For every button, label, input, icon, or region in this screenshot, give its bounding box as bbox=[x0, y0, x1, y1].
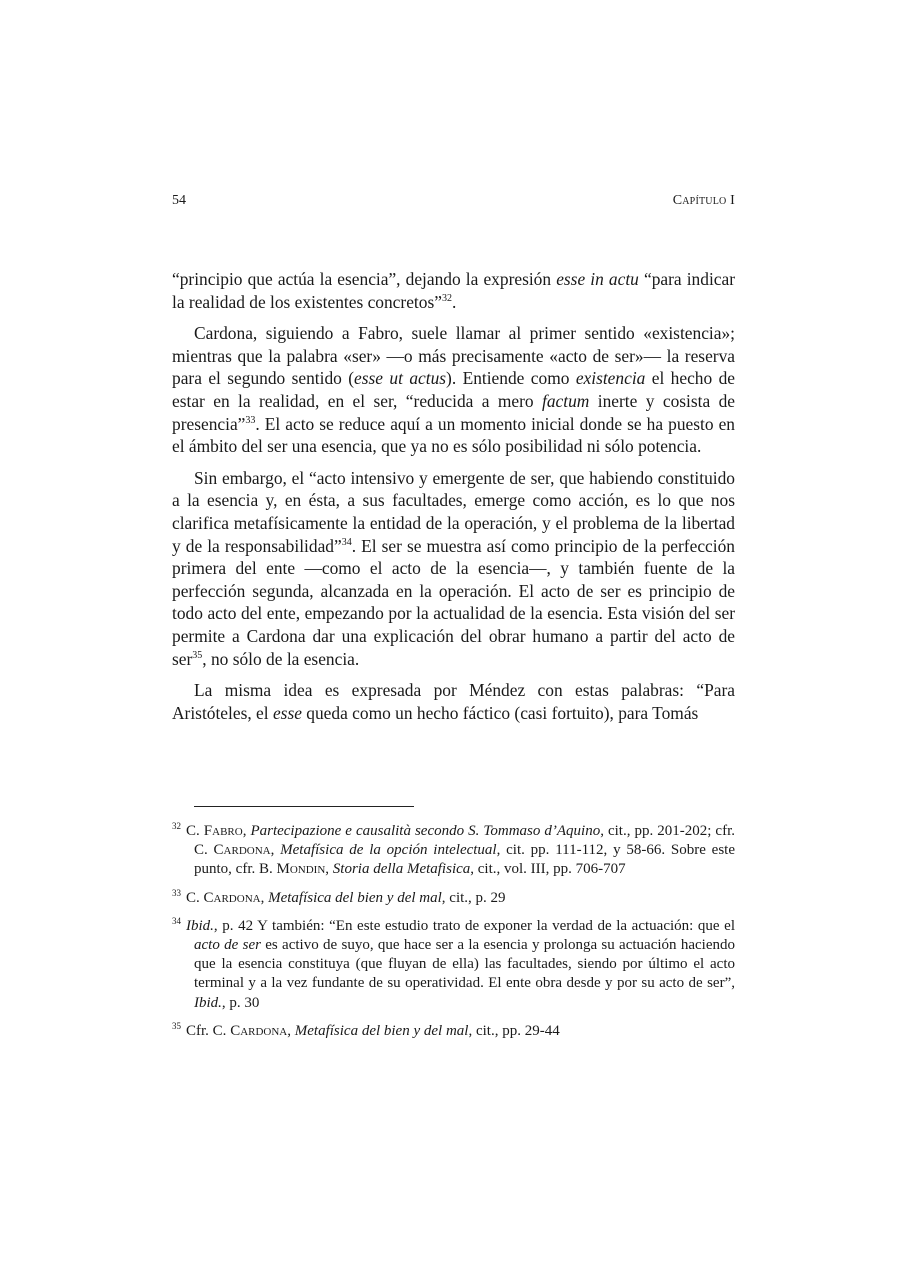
book-title: Storia della Metafisica bbox=[333, 861, 470, 877]
latin-term: esse ut actus bbox=[354, 368, 446, 388]
book-title: Metafísica de la opción intelectual bbox=[280, 842, 496, 858]
paragraph-4: La misma idea es expresada por Méndez co… bbox=[172, 679, 735, 724]
footnote-separator bbox=[194, 806, 414, 807]
ibid: Ibid. bbox=[186, 918, 214, 934]
running-head: 54 Capítulo I bbox=[172, 193, 735, 213]
paragraph-3: Sin embargo, el “acto intensivo y emerge… bbox=[172, 467, 735, 670]
latin-term: esse in actu bbox=[556, 269, 639, 289]
emphasis-term: existencia bbox=[576, 368, 646, 388]
author-name: Cardona bbox=[230, 1023, 287, 1039]
footnotes: 32C. Fabro, Partecipazione e causalità s… bbox=[172, 822, 735, 1050]
footnote-35: 35Cfr. C. Cardona, Metafísica del bien y… bbox=[172, 1022, 735, 1041]
author-name: Mondin bbox=[277, 861, 326, 877]
footnote-ref-35[interactable]: 35 bbox=[192, 650, 202, 661]
footnote-ref-33[interactable]: 33 bbox=[245, 415, 255, 426]
latin-term: factum bbox=[542, 391, 589, 411]
footnote-34: 34Ibid., p. 42 Y también: “En este estud… bbox=[172, 917, 735, 1013]
book-title: Metafísica del bien y del mal bbox=[295, 1023, 469, 1039]
paragraph-2: Cardona, siguiendo a Fabro, suele llamar… bbox=[172, 322, 735, 458]
body-text: “principio que actúa la esencia”, dejand… bbox=[172, 268, 735, 733]
author-name: Fabro bbox=[204, 823, 243, 839]
footnote-ref-34[interactable]: 34 bbox=[342, 537, 352, 548]
paragraph-1: “principio que actúa la esencia”, dejand… bbox=[172, 268, 735, 313]
page-number: 54 bbox=[172, 193, 186, 209]
ibid: Ibid. bbox=[194, 995, 222, 1011]
chapter-label: Capítulo I bbox=[673, 193, 735, 209]
footnote-33: 33C. Cardona, Metafísica del bien y del … bbox=[172, 889, 735, 908]
latin-term: esse bbox=[273, 703, 302, 723]
footnote-32: 32C. Fabro, Partecipazione e causalità s… bbox=[172, 822, 735, 880]
book-title: Metafísica del bien y del mal bbox=[268, 890, 442, 906]
author-name: Cardona bbox=[204, 890, 261, 906]
footnote-ref-32[interactable]: 32 bbox=[442, 293, 452, 304]
author-name: Cardona bbox=[214, 842, 271, 858]
emphasis-term: acto de ser bbox=[194, 937, 261, 953]
book-title: Partecipazione e causalità secondo S. To… bbox=[250, 823, 600, 839]
